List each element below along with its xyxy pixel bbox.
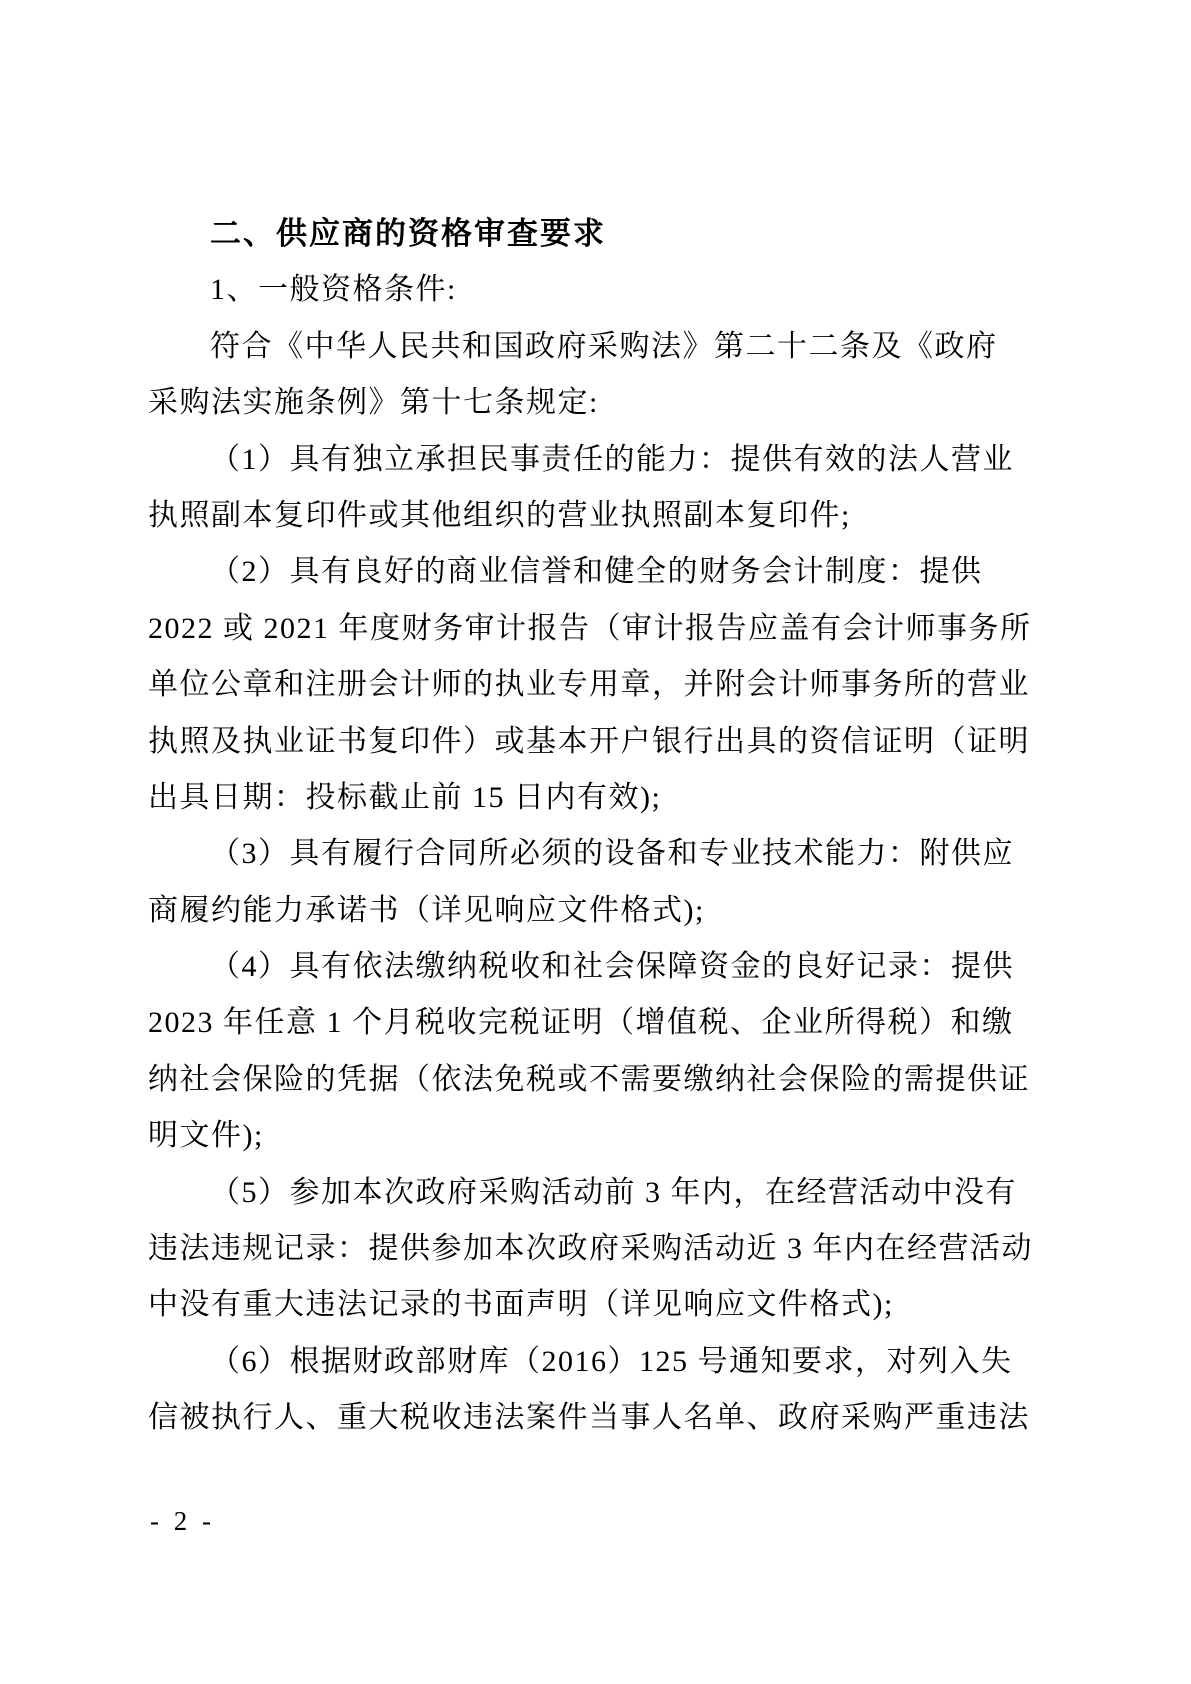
text-line: （5）参加本次政府采购活动前 3 年内，在经营活动中没有 xyxy=(148,1165,1048,1221)
text-line: （6）根据财政部财库（2016）125 号通知要求，对列入失 xyxy=(148,1334,1048,1390)
text-line: （3）具有履行合同所必须的设备和专业技术能力：附供应 xyxy=(148,826,1048,882)
text-line: 纳社会保险的凭据（依法免税或不需要缴纳社会保险的需提供证 xyxy=(148,1052,1048,1108)
text-line: （2）具有良好的商业信誉和健全的财务会计制度：提供 xyxy=(148,544,1048,600)
document-page: 二、供应商的资格审查要求 1、一般资格条件: 符合《中华人民共和国政府采购法》第… xyxy=(0,0,1191,1684)
text-line: 单位公章和注册会计师的执业专用章，并附会计师事务所的营业 xyxy=(148,657,1048,713)
text-line: 符合《中华人民共和国政府采购法》第二十二条及《政府 xyxy=(148,319,1048,375)
text-line: 2023 年任意 1 个月税收完税证明（增值税、企业所得税）和缴 xyxy=(148,995,1048,1051)
text-line: 采购法实施条例》第十七条规定: xyxy=(148,375,1048,431)
text-line: 执照及执业证书复印件）或基本开户银行出具的资信证明（证明 xyxy=(148,714,1048,770)
text-line: 2022 或 2021 年度财务审计报告（审计报告应盖有会计师事务所 xyxy=(148,601,1048,657)
text-line: 中没有重大违法记录的书面声明（详见响应文件格式); xyxy=(148,1277,1048,1333)
page-number: - 2 - xyxy=(150,1498,215,1544)
text-line: 违法违规记录：提供参加本次政府采购活动近 3 年内在经营活动 xyxy=(148,1221,1048,1277)
section-heading: 二、供应商的资格审查要求 xyxy=(148,206,1048,262)
text-line: （4）具有依法缴纳税收和社会保障资金的良好记录：提供 xyxy=(148,939,1048,995)
text-line: 出具日期：投标截止前 15 日内有效); xyxy=(148,770,1048,826)
text-line: 信被执行人、重大税收违法案件当事人名单、政府采购严重违法 xyxy=(148,1390,1048,1446)
text-line: 执照副本复印件或其他组织的营业执照副本复印件; xyxy=(148,488,1048,544)
text-line: 明文件); xyxy=(148,1108,1048,1164)
text-line: （1）具有独立承担民事责任的能力：提供有效的法人营业 xyxy=(148,432,1048,488)
document-body: 二、供应商的资格审查要求 1、一般资格条件: 符合《中华人民共和国政府采购法》第… xyxy=(148,206,1048,1447)
text-line: 1、一般资格条件: xyxy=(148,262,1048,318)
text-line: 商履约能力承诺书（详见响应文件格式); xyxy=(148,883,1048,939)
